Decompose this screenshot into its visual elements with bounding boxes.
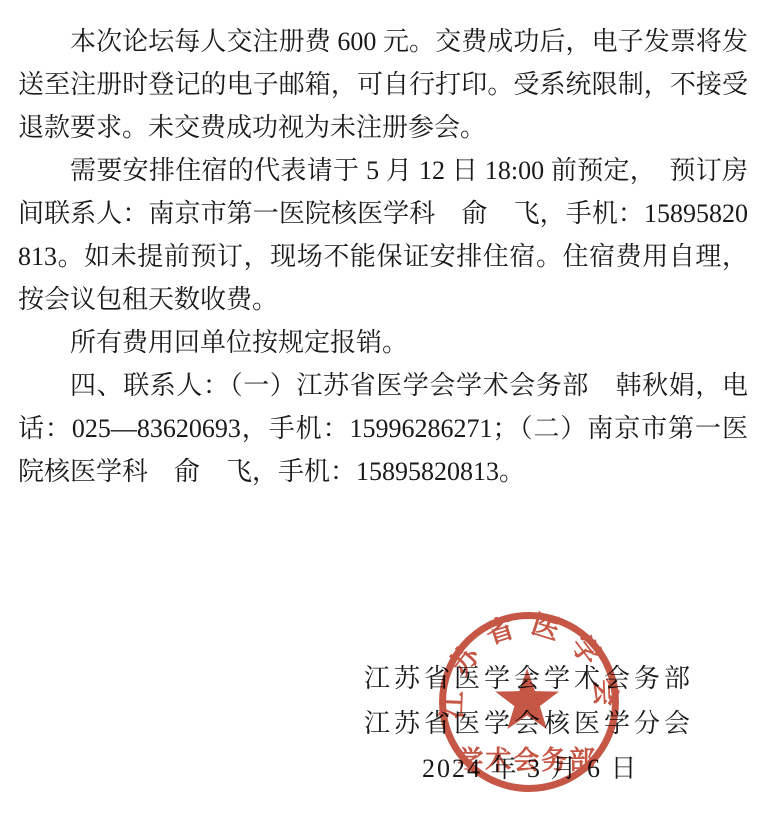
signature-date: 2024 年 3 月 6 日 [422, 746, 694, 791]
document-page: 本次论坛每人交注册费 600 元。交费成功后，电子发票将发送至注册时登记的电子邮… [0, 0, 766, 834]
body-paragraph-fees: 本次论坛每人交注册费 600 元。交费成功后，电子发票将发送至注册时登记的电子邮… [18, 20, 748, 149]
signature-org-line-1: 江苏省医学会学术会务部 [364, 656, 694, 701]
signature-block: 江苏省医学会学术会务部 江苏省医学会核医学分会 2024 年 3 月 6 日 [364, 656, 694, 791]
document-body: 本次论坛每人交注册费 600 元。交费成功后，电子发票将发送至注册时登记的电子邮… [18, 20, 748, 493]
body-paragraph-accommodation: 需要安排住宿的代表请于 5 月 12 日 18:00 前预定， 预订房间联系人：… [18, 149, 748, 321]
body-paragraph-reimbursement: 所有费用回单位按规定报销。 [18, 321, 748, 364]
body-paragraph-contacts: 四、联系人：（一）江苏省医学会学术会务部 韩秋娟，电话：025—83620693… [18, 364, 748, 493]
signature-org-line-2: 江苏省医学会核医学分会 [364, 701, 694, 746]
